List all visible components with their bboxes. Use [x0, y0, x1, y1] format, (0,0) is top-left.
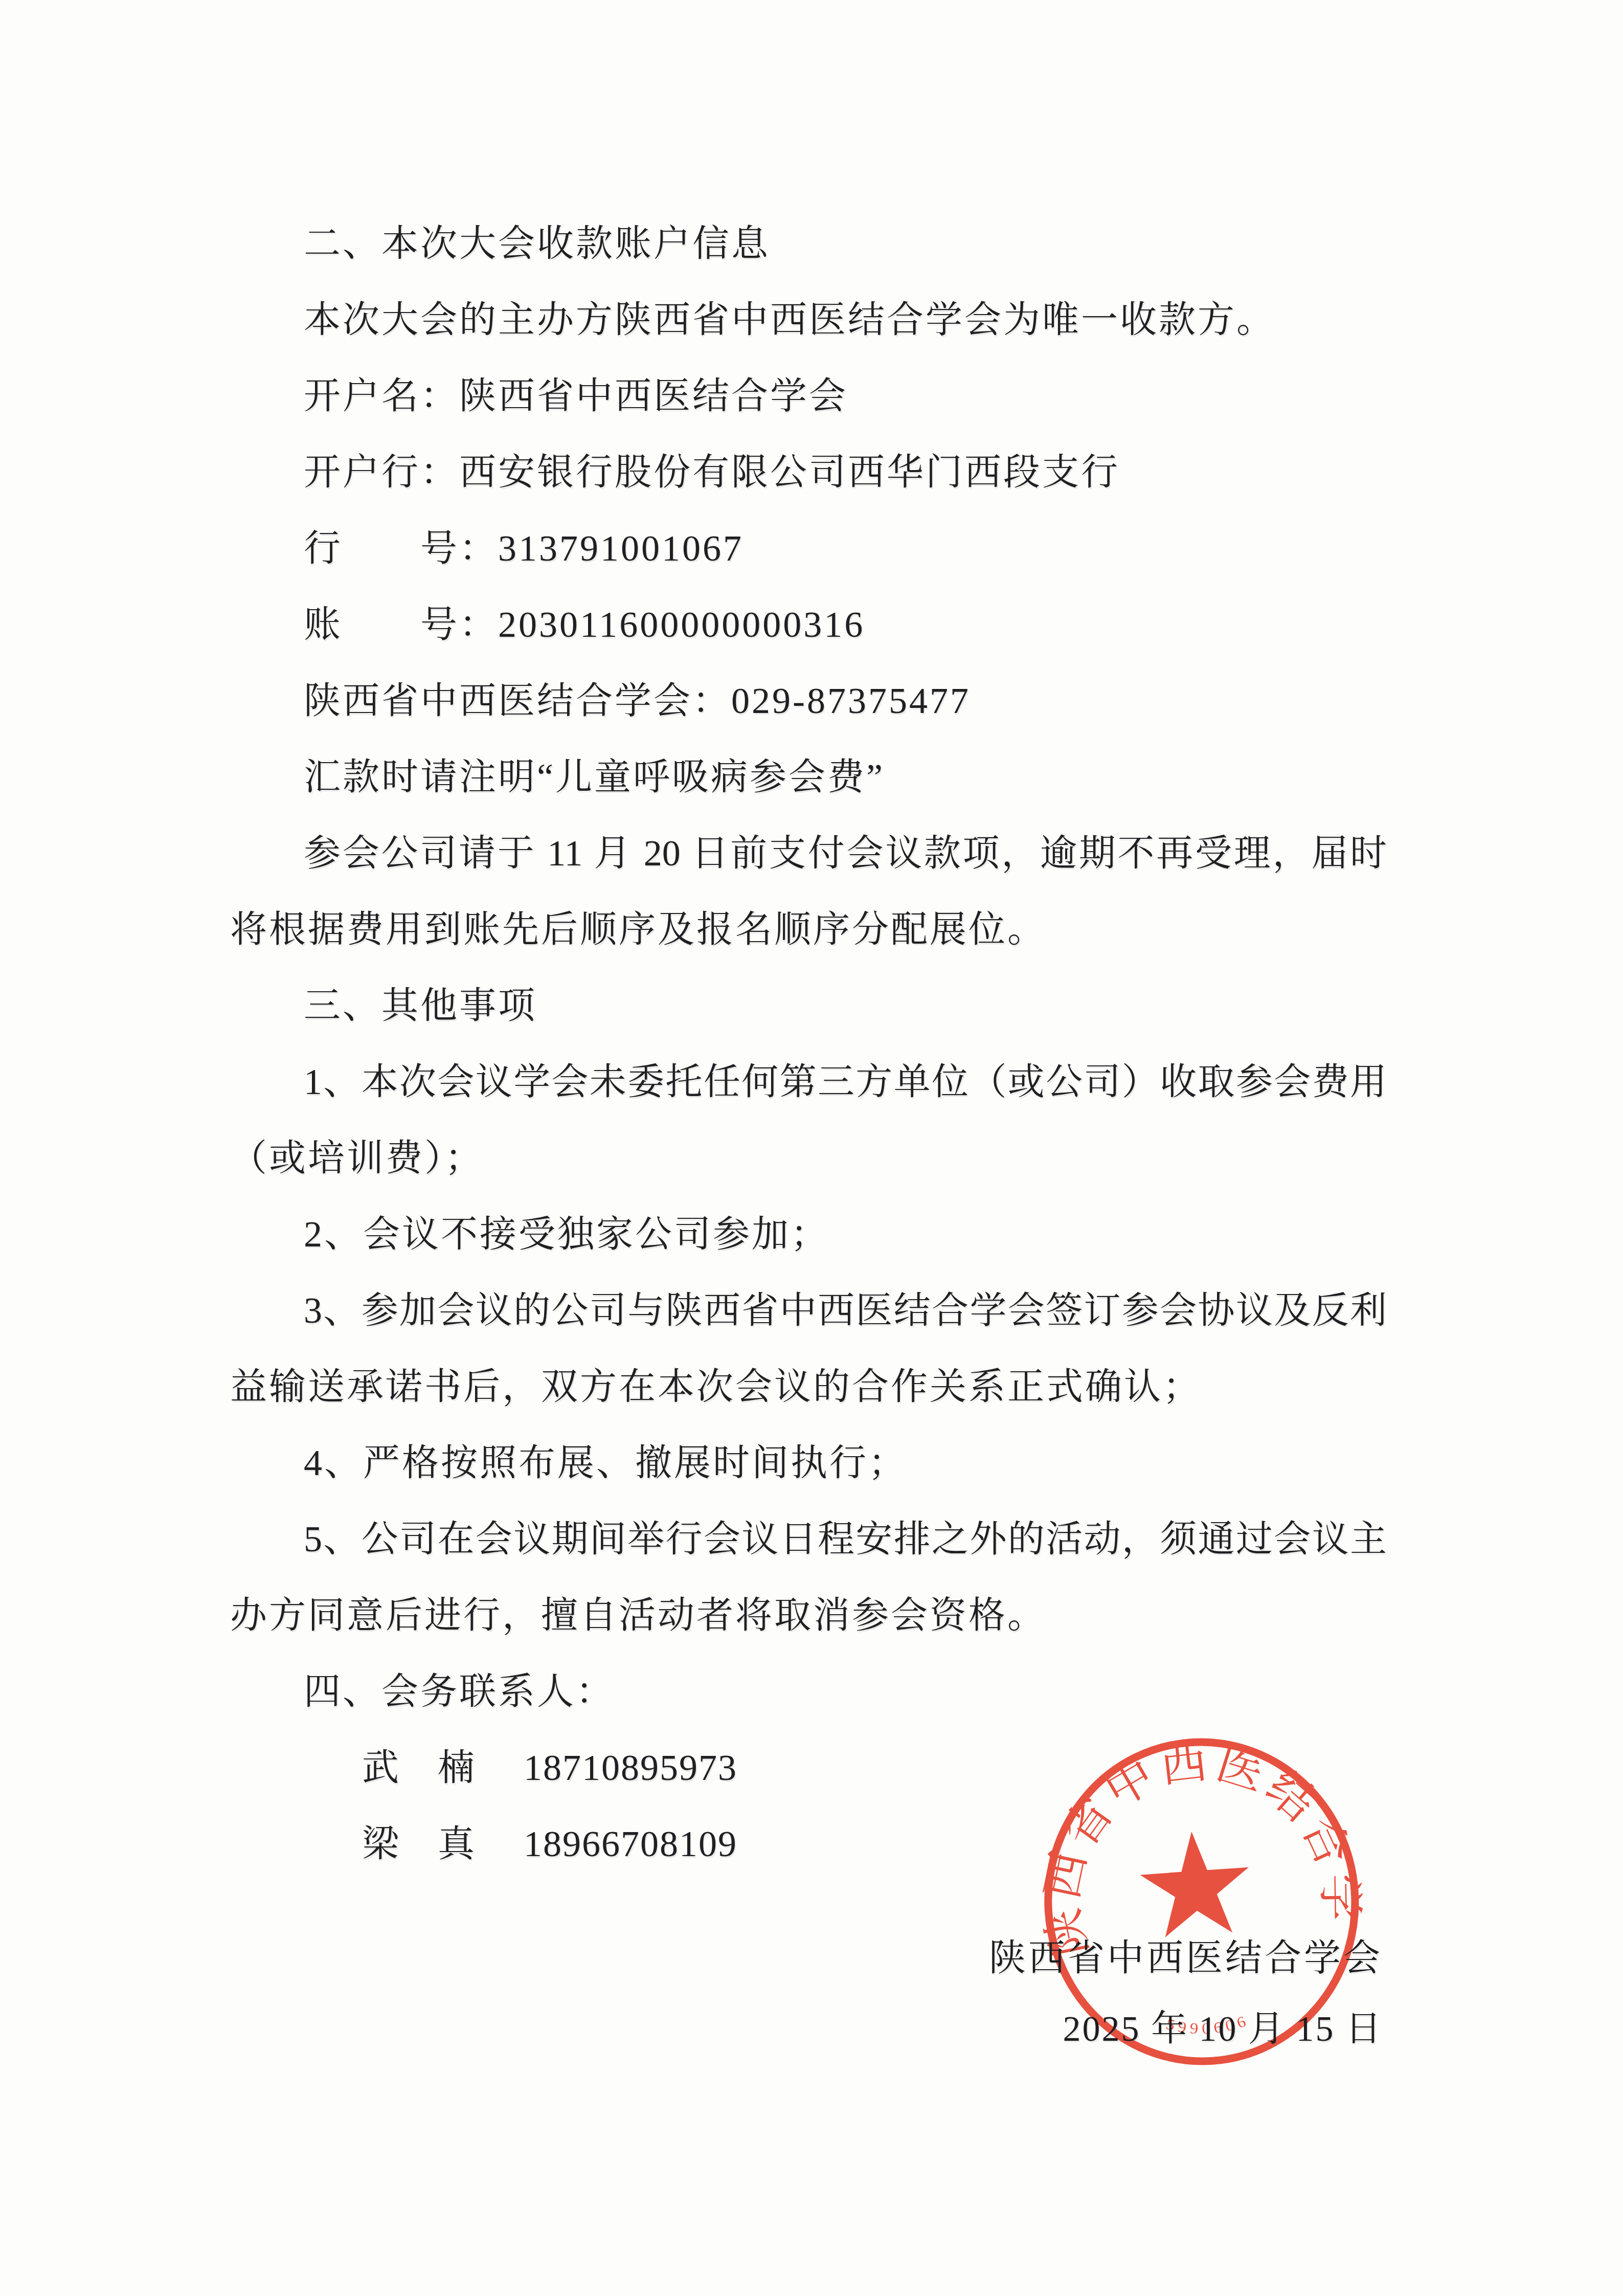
document-line: 2、会议不接受独家公司参加； [230, 1196, 1387, 1273]
organization-name: 陕西省中西医结合学会 [989, 1927, 1383, 1989]
document-line: 办方同意后进行，擅自活动者将取消参会资格。 [230, 1577, 1387, 1654]
document-line: 益输送承诺书后，双方在本次会议的合作关系正式确认； [230, 1349, 1387, 1425]
document-line: 3、参加会议的公司与陕西省中西医结合学会签订参会协议及反利 [230, 1273, 1387, 1349]
star-icon [1137, 1828, 1253, 1939]
document-line: 开户名：陕西省中西医结合学会 [230, 358, 1387, 434]
signature-block: 陕西省中西医结合学会 2025 年 10 月 15 日 [989, 1927, 1383, 2060]
document-line: 行 号：313791001067 [230, 510, 1387, 587]
document-line: 四、会务联系人： [230, 1654, 1387, 1730]
document-line: 账 号：203011600000000316 [230, 587, 1387, 663]
document-line: 4、严格按照布展、撤展时间执行； [230, 1425, 1387, 1501]
document-line: 汇款时请注明“儿童呼吸病参会费” [230, 739, 1387, 815]
document-body: 二、本次大会收款账户信息本次大会的主办方陕西省中西医结合学会为唯一收款方。开户名… [230, 206, 1387, 1882]
document-line: 1、本次会议学会未委托任何第三方单位（或公司）收取参会费用 [230, 1044, 1387, 1120]
document-line: 将根据费用到账先后顺序及报名顺序分配展位。 [230, 891, 1387, 968]
document-page: 二、本次大会收款账户信息本次大会的主办方陕西省中西医结合学会为唯一收款方。开户名… [0, 0, 1623, 2296]
document-line: 5、公司在会议期间举行会议日程安排之外的活动，须通过会议主 [230, 1501, 1387, 1577]
document-line: 陕西省中西医结合学会：029-87375477 [230, 663, 1387, 739]
document-line: 开户行：西安银行股份有限公司西华门西段支行 [230, 434, 1387, 510]
document-line: 三、其他事项 [230, 968, 1387, 1044]
issue-date: 2025 年 10 月 15 日 [989, 1999, 1383, 2060]
document-line: 参会公司请于 11 月 20 日前支付会议款项，逾期不再受理，届时 [230, 815, 1387, 891]
document-line: 本次大会的主办方陕西省中西医结合学会为唯一收款方。 [230, 282, 1387, 358]
document-line: 二、本次大会收款账户信息 [230, 206, 1387, 282]
document-line: （或培训费）； [230, 1120, 1387, 1196]
